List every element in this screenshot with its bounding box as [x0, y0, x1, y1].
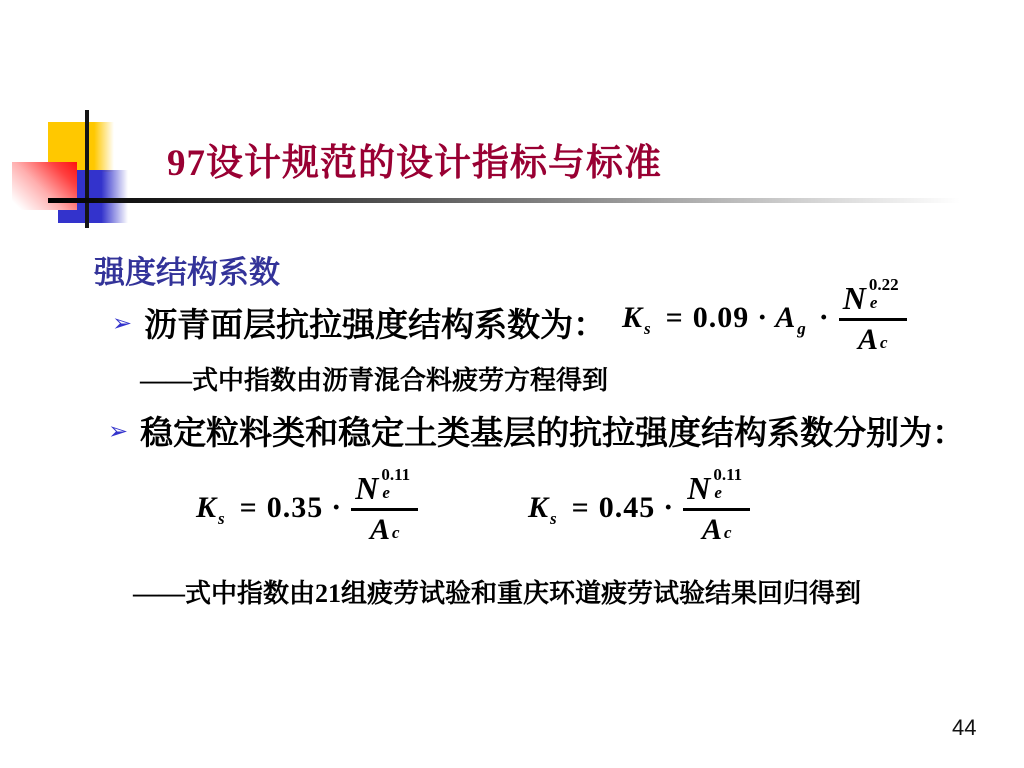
equals-sign: = — [240, 493, 257, 523]
equals-sign: = — [666, 303, 683, 333]
sub-superscript-stack: 0.22 e — [869, 276, 899, 312]
formula-subscript: s — [644, 320, 651, 337]
fraction-denominator: Ac — [858, 321, 888, 355]
formula-asphalt-ks: Ks = 0.09 · Ag · N 0.22 e Ac — [622, 280, 907, 355]
section-heading: 强度结构系数 — [94, 247, 280, 292]
presentation-slide: 97设计规范的设计指标与标准 强度结构系数 ➢ 沥青面层抗拉强度结构系数为： K… — [0, 0, 1024, 768]
formula-subscript: s — [218, 510, 225, 527]
fraction-numerator: N 0.11 e — [683, 470, 750, 511]
formula-subscript: c — [880, 334, 888, 351]
formula-variable: A — [370, 515, 390, 545]
formula-subscript: e — [382, 484, 390, 502]
formula-variable: A — [858, 325, 878, 355]
formula-subscript: e — [714, 484, 722, 502]
formula-variable: N — [687, 472, 710, 504]
fraction-numerator: N 0.11 e — [351, 470, 418, 511]
formula-variable: N — [843, 282, 866, 314]
bullet-item-asphalt: ➢ 沥青面层抗拉强度结构系数为： — [112, 299, 606, 346]
fraction-denominator: Ac — [702, 511, 732, 545]
formula-coefficient: 0.09 — [693, 303, 750, 333]
formula-subscript: c — [392, 524, 400, 541]
formula-subscript: g — [797, 320, 806, 337]
formula-variable: K — [196, 493, 216, 523]
formula-variable: K — [622, 303, 642, 333]
dot-operator: · — [331, 493, 341, 523]
bullet-item-stabilized: ➢ 稳定粒料类和稳定土类基层的抗拉强度结构系数分别为： — [108, 407, 965, 454]
bullet-text: 沥青面层抗拉强度结构系数为： — [144, 299, 606, 346]
formula-note-asphalt: ——式中指数由沥青混合料疲劳方程得到 — [140, 360, 608, 397]
bullet-text: 稳定粒料类和稳定土类基层的抗拉强度结构系数分别为： — [140, 407, 965, 454]
formula-variable: A — [702, 515, 722, 545]
arrow-bullet-icon: ➢ — [108, 419, 128, 443]
equals-sign: = — [572, 493, 589, 523]
dot-operator: · — [819, 303, 829, 333]
formula-soil-ks: Ks = 0.45 · N 0.11 e Ac — [528, 470, 750, 545]
formula-exponent: 0.11 — [381, 466, 410, 484]
sub-superscript-stack: 0.11 e — [381, 466, 410, 502]
fraction: N 0.22 e Ac — [839, 280, 907, 355]
formula-exponent: 0.11 — [713, 466, 742, 484]
formula-exponent: 0.22 — [869, 276, 899, 294]
fraction-numerator: N 0.22 e — [839, 280, 907, 321]
dot-operator: · — [757, 303, 767, 333]
sub-superscript-stack: 0.11 e — [713, 466, 742, 502]
formula-coefficient: 0.45 — [599, 493, 656, 523]
formula-variable: N — [355, 472, 378, 504]
formula-subscript: s — [550, 510, 557, 527]
fraction: N 0.11 e Ac — [683, 470, 750, 545]
formula-coefficient: 0.35 — [267, 493, 324, 523]
formula-note-regression: ——式中指数由21组疲劳试验和重庆环道疲劳试验结果回归得到 — [133, 573, 861, 610]
arrow-bullet-icon: ➢ — [112, 311, 132, 335]
formula-granular-ks: Ks = 0.35 · N 0.11 e Ac — [196, 470, 418, 545]
formula-subscript: e — [870, 294, 878, 312]
fraction: N 0.11 e Ac — [351, 470, 418, 545]
title-underline-rule — [48, 198, 960, 203]
formula-subscript: c — [724, 524, 732, 541]
decoration-vertical-line — [85, 110, 89, 228]
formula-variable: K — [528, 493, 548, 523]
page-number: 44 — [952, 715, 976, 741]
fraction-denominator: Ac — [370, 511, 400, 545]
formula-variable: A — [775, 303, 795, 333]
dot-operator: · — [663, 493, 673, 523]
slide-title: 97设计规范的设计指标与标准 — [167, 144, 662, 185]
